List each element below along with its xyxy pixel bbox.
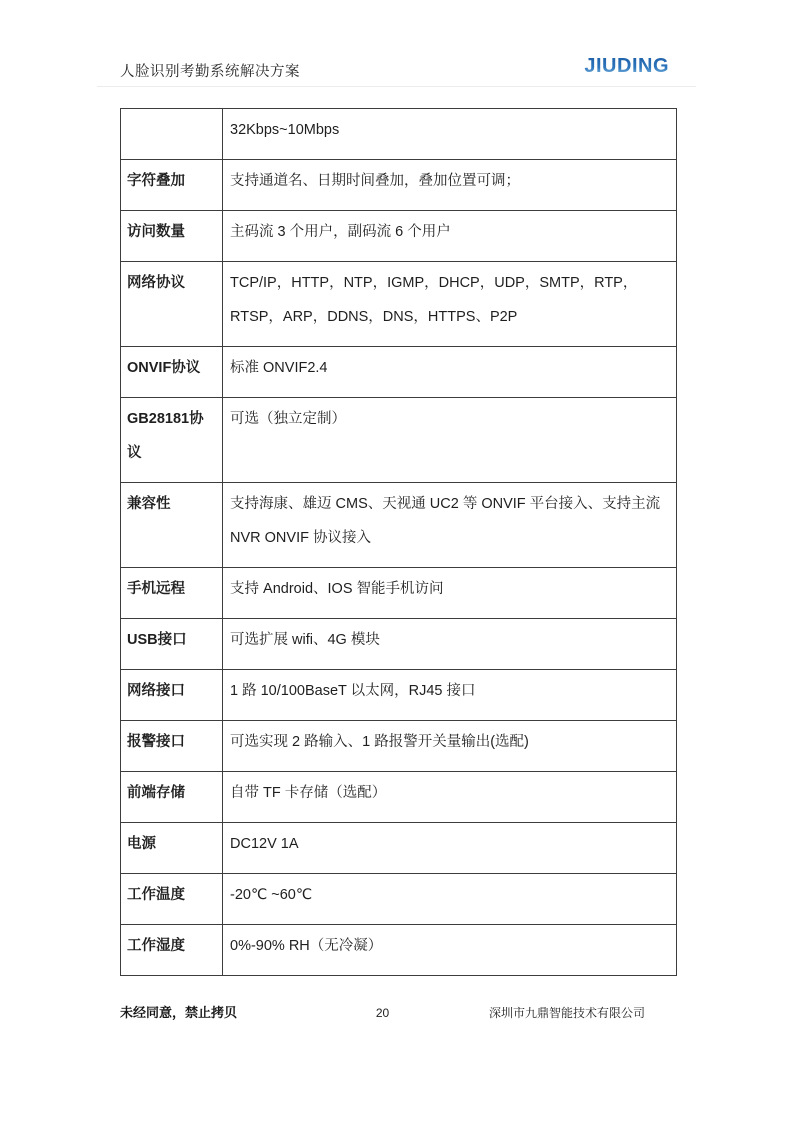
spec-row: 兼容性支持海康、雄迈 CMS、天视通 UC2 等 ONVIF 平台接入、支持主流… [121, 483, 677, 568]
spec-label-cell: 工作湿度 [121, 925, 223, 976]
spec-label-cell: USB接口 [121, 619, 223, 670]
spec-row: 工作温度-20℃ ~60℃ [121, 874, 677, 925]
spec-label-cell: 手机远程 [121, 568, 223, 619]
spec-value-cell: 0%-90% RH（无冷凝） [223, 925, 677, 976]
document-page: 人脸识别考勤系统解决方案 JIUDING 32Kbps~10Mbps字符叠加支持… [0, 0, 793, 1122]
spec-value-cell: 主码流 3 个用户，副码流 6 个用户 [223, 211, 677, 262]
spec-row: 手机远程支持 Android、IOS 智能手机访问 [121, 568, 677, 619]
spec-value-cell: 可选实现 2 路输入、1 路报警开关量输出(选配) [223, 721, 677, 772]
spec-table-body: 32Kbps~10Mbps字符叠加支持通道名、日期时间叠加，叠加位置可调；访问数… [121, 109, 677, 976]
spec-row: 访问数量主码流 3 个用户，副码流 6 个用户 [121, 211, 677, 262]
spec-value-cell: 1 路 10/100BaseT 以太网，RJ45 接口 [223, 670, 677, 721]
spec-label-cell: 访问数量 [121, 211, 223, 262]
spec-row: 前端存储自带 TF 卡存储（选配） [121, 772, 677, 823]
document-header-title: 人脸识别考勤系统解决方案 [120, 60, 300, 81]
spec-value-cell: 标准 ONVIF2.4 [223, 347, 677, 398]
spec-row: 网络协议TCP/IP，HTTP，NTP，IGMP，DHCP，UDP，SMTP，R… [121, 262, 677, 347]
spec-row: ONVIF协议标准 ONVIF2.4 [121, 347, 677, 398]
spec-value-cell: 支持海康、雄迈 CMS、天视通 UC2 等 ONVIF 平台接入、支持主流 NV… [223, 483, 677, 568]
header-divider [97, 86, 696, 87]
spec-value-cell: -20℃ ~60℃ [223, 874, 677, 925]
jiuding-logo: JIUDING [584, 55, 669, 78]
spec-label-cell: 报警接口 [121, 721, 223, 772]
spec-row: USB接口可选扩展 wifi、4G 模块 [121, 619, 677, 670]
spec-value-cell: 可选扩展 wifi、4G 模块 [223, 619, 677, 670]
spec-row: 电源DC12V 1A [121, 823, 677, 874]
spec-row: 网络接口1 路 10/100BaseT 以太网，RJ45 接口 [121, 670, 677, 721]
spec-row: 工作湿度0%-90% RH（无冷凝） [121, 925, 677, 976]
spec-value-cell: 支持通道名、日期时间叠加，叠加位置可调； [223, 160, 677, 211]
spec-label-cell: 字符叠加 [121, 160, 223, 211]
spec-row: 32Kbps~10Mbps [121, 109, 677, 160]
page-number: 20 [376, 1006, 389, 1020]
spec-row: GB28181协议可选（独立定制） [121, 398, 677, 483]
spec-label-cell: 网络协议 [121, 262, 223, 347]
spec-label-cell: GB28181协议 [121, 398, 223, 483]
spec-value-cell: 可选（独立定制） [223, 398, 677, 483]
spec-label-cell: ONVIF协议 [121, 347, 223, 398]
spec-value-cell: 32Kbps~10Mbps [223, 109, 677, 160]
spec-label-cell: 电源 [121, 823, 223, 874]
spec-label-cell [121, 109, 223, 160]
spec-label-cell: 网络接口 [121, 670, 223, 721]
spec-row: 字符叠加支持通道名、日期时间叠加，叠加位置可调； [121, 160, 677, 211]
footer-company-name: 深圳市九鼎智能技术有限公司 [389, 1004, 676, 1021]
spec-label-cell: 前端存储 [121, 772, 223, 823]
page-footer: 未经同意，禁止拷贝 20 深圳市九鼎智能技术有限公司 [120, 1002, 676, 1021]
spec-value-cell: TCP/IP，HTTP，NTP，IGMP，DHCP，UDP，SMTP，RTP，R… [223, 262, 677, 347]
spec-value-cell: DC12V 1A [223, 823, 677, 874]
spec-value-cell: 自带 TF 卡存储（选配） [223, 772, 677, 823]
spec-row: 报警接口可选实现 2 路输入、1 路报警开关量输出(选配) [121, 721, 677, 772]
spec-table: 32Kbps~10Mbps字符叠加支持通道名、日期时间叠加，叠加位置可调；访问数… [120, 108, 677, 976]
spec-label-cell: 工作温度 [121, 874, 223, 925]
spec-value-cell: 支持 Android、IOS 智能手机访问 [223, 568, 677, 619]
spec-label-cell: 兼容性 [121, 483, 223, 568]
footer-copy-notice: 未经同意，禁止拷贝 [120, 1002, 376, 1021]
